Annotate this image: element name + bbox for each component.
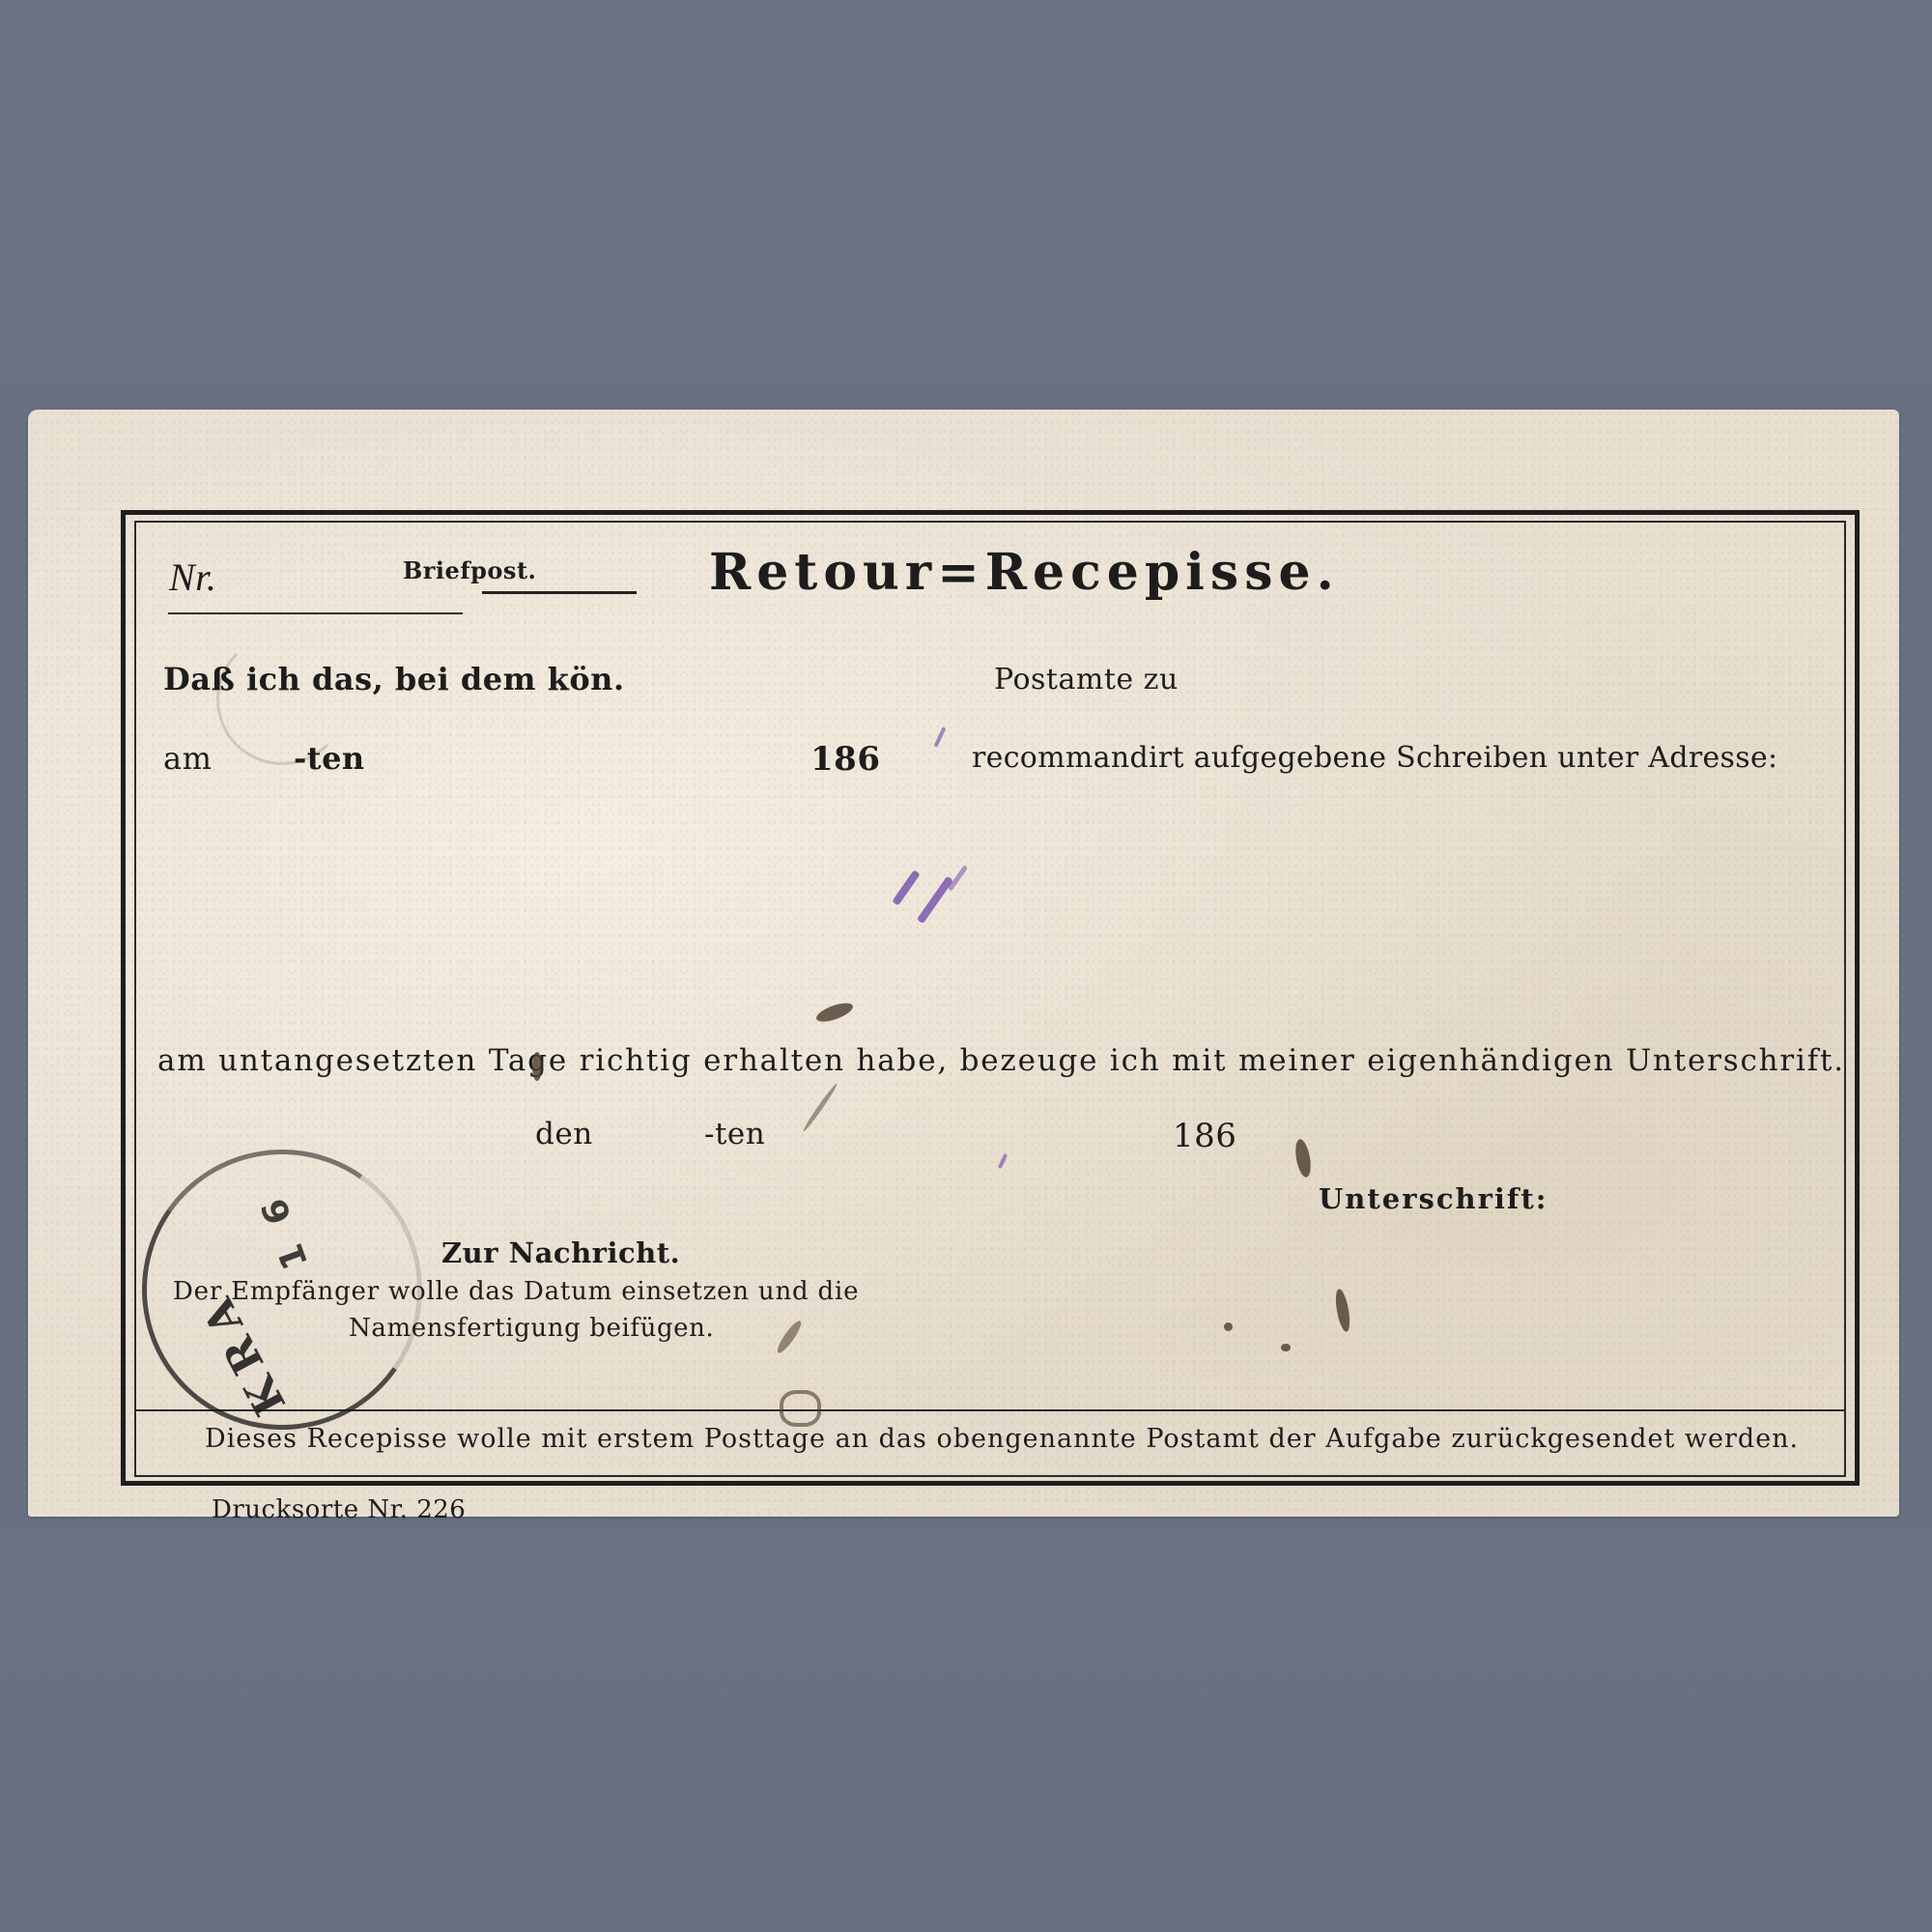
body-line1-left: Daß ich das, bei dem kön. [163, 661, 625, 697]
body-line2-ten: -ten [294, 740, 365, 777]
notice-heading: Zur Nachricht. [441, 1236, 680, 1269]
body-line2-year: 186 [810, 740, 880, 779]
body-line4-ten: -ten [704, 1117, 765, 1151]
photo-backdrop: Nr. Briefpost. Retour=Recepisse. Daß ich… [0, 0, 1932, 1932]
service-underline [482, 591, 637, 594]
receipt-form: Nr. Briefpost. Retour=Recepisse. Daß ich… [28, 410, 1899, 1517]
footer-instruction: Dieses Recepisse wolle mit erstem Postta… [205, 1424, 1799, 1454]
body-line3: am untangesetzten Tage richtig erhalten … [157, 1043, 1845, 1078]
nr-label: Nr. [169, 554, 216, 600]
body-line2-rest: recommandirt aufgegebene Schreiben unter… [972, 741, 1777, 775]
form-title: Retour=Recepisse. [709, 543, 1340, 602]
brown-ink-blot [780, 1390, 821, 1427]
brown-ink-blot [532, 1052, 542, 1081]
service-label: Briefpost. [403, 556, 536, 584]
form-number: Drucksorte Nr. 226 [212, 1495, 466, 1524]
body-line2-am: am [163, 740, 212, 777]
body-line4-year: 186 [1173, 1117, 1236, 1155]
nr-field-line [168, 612, 463, 614]
brown-ink-blot [1224, 1322, 1233, 1331]
signature-label: Unterschrift: [1319, 1182, 1548, 1215]
footer-divider [136, 1409, 1844, 1411]
body-line4-den: den [535, 1117, 593, 1151]
brown-ink-blot [1281, 1344, 1291, 1351]
body-line1-right: Postamte zu [994, 663, 1179, 696]
